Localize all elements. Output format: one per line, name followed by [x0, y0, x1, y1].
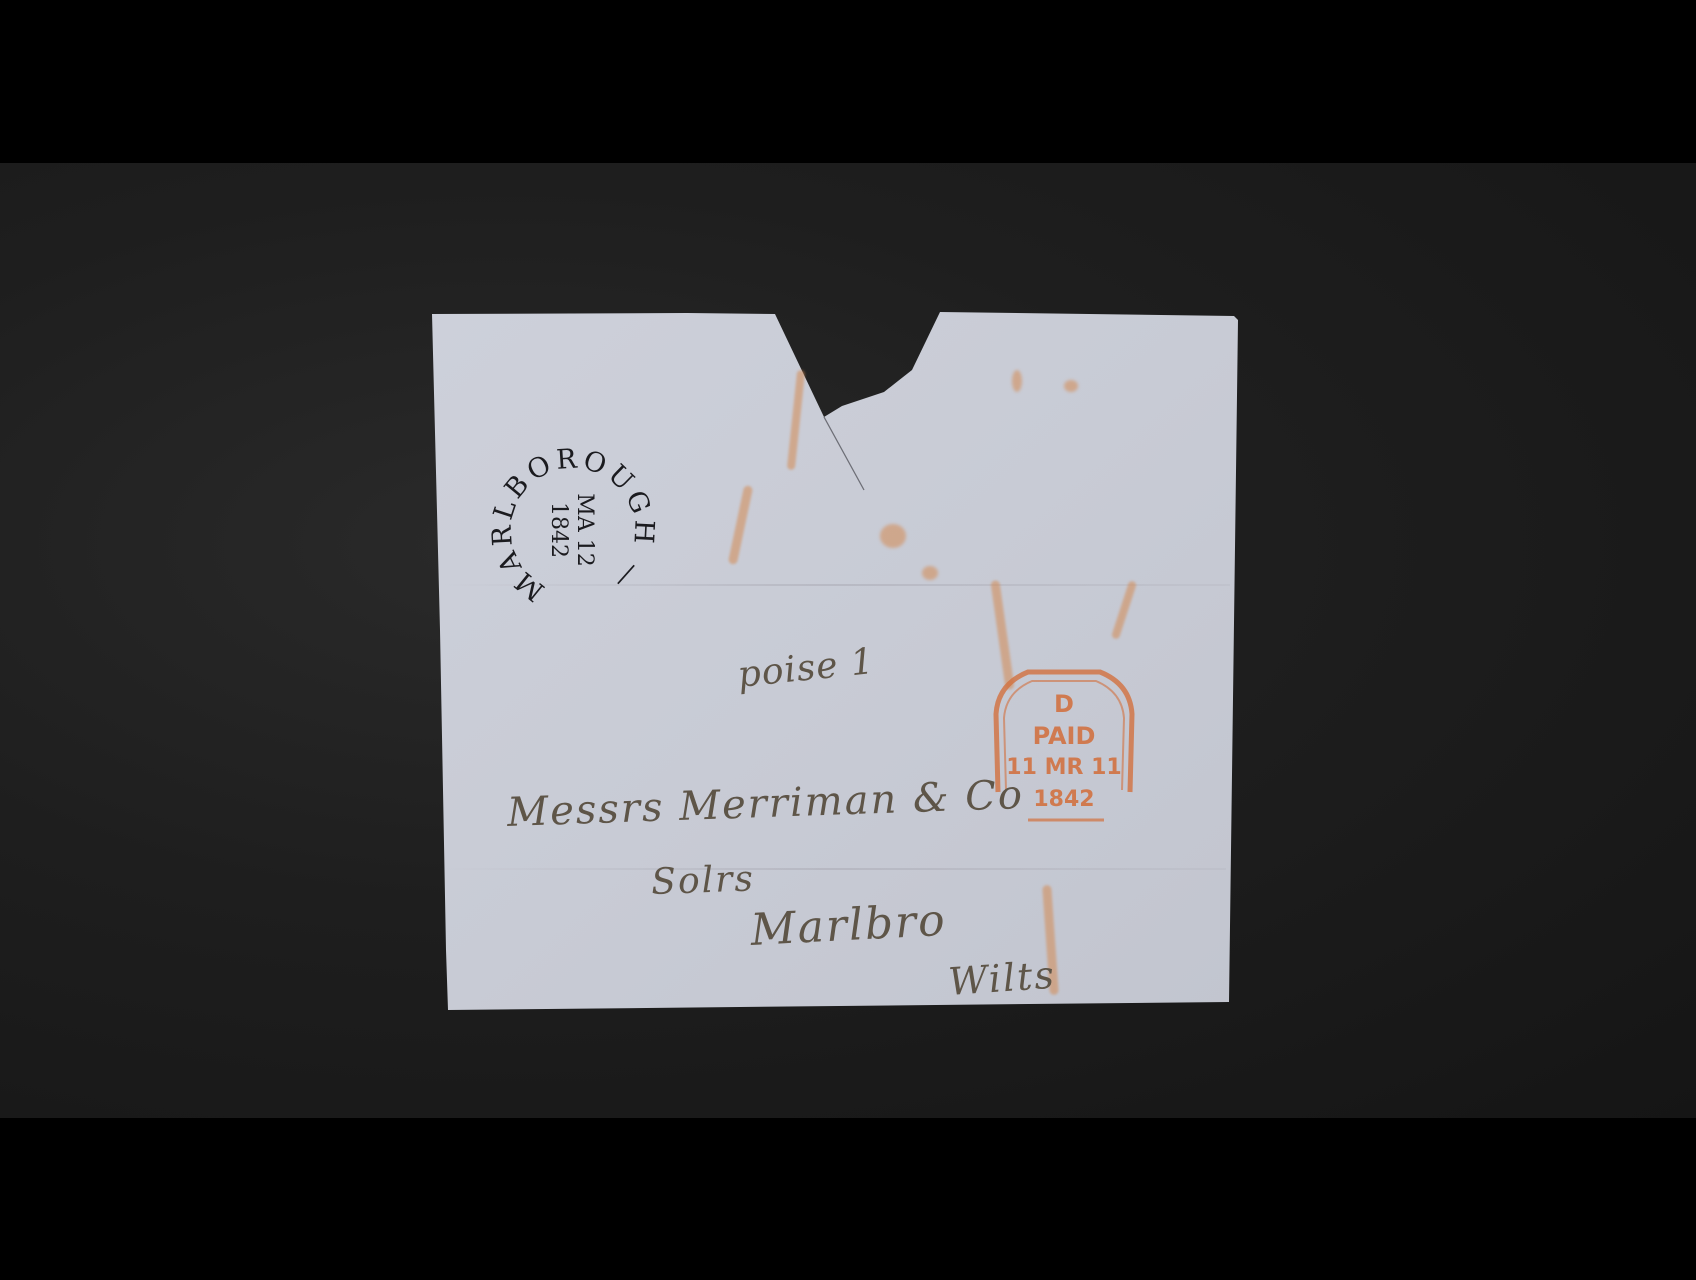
- paid-label: PAID: [1033, 722, 1096, 750]
- stain: [1064, 380, 1078, 392]
- fold-line: [440, 868, 1226, 870]
- paid-year: 1842: [1033, 787, 1094, 812]
- address-line-town: Marlbro: [749, 895, 947, 956]
- paid-d: D: [1054, 690, 1074, 718]
- paid-date: 11 MR 11: [1006, 755, 1121, 780]
- stain: [1012, 370, 1022, 392]
- photo-frame: MARLBOROUGH — MA 12 1842 D PAID 11 MR 11…: [0, 0, 1696, 1280]
- address-line-title: Solrs: [651, 858, 756, 903]
- datestamp-date: MA 12: [572, 493, 597, 566]
- stain: [880, 524, 906, 548]
- stain: [922, 566, 938, 580]
- marlborough-datestamp: MARLBOROUGH — MA 12 1842: [488, 445, 658, 615]
- datestamp-year: 1842: [546, 502, 571, 558]
- address-line-county: Wilts: [947, 953, 1057, 1004]
